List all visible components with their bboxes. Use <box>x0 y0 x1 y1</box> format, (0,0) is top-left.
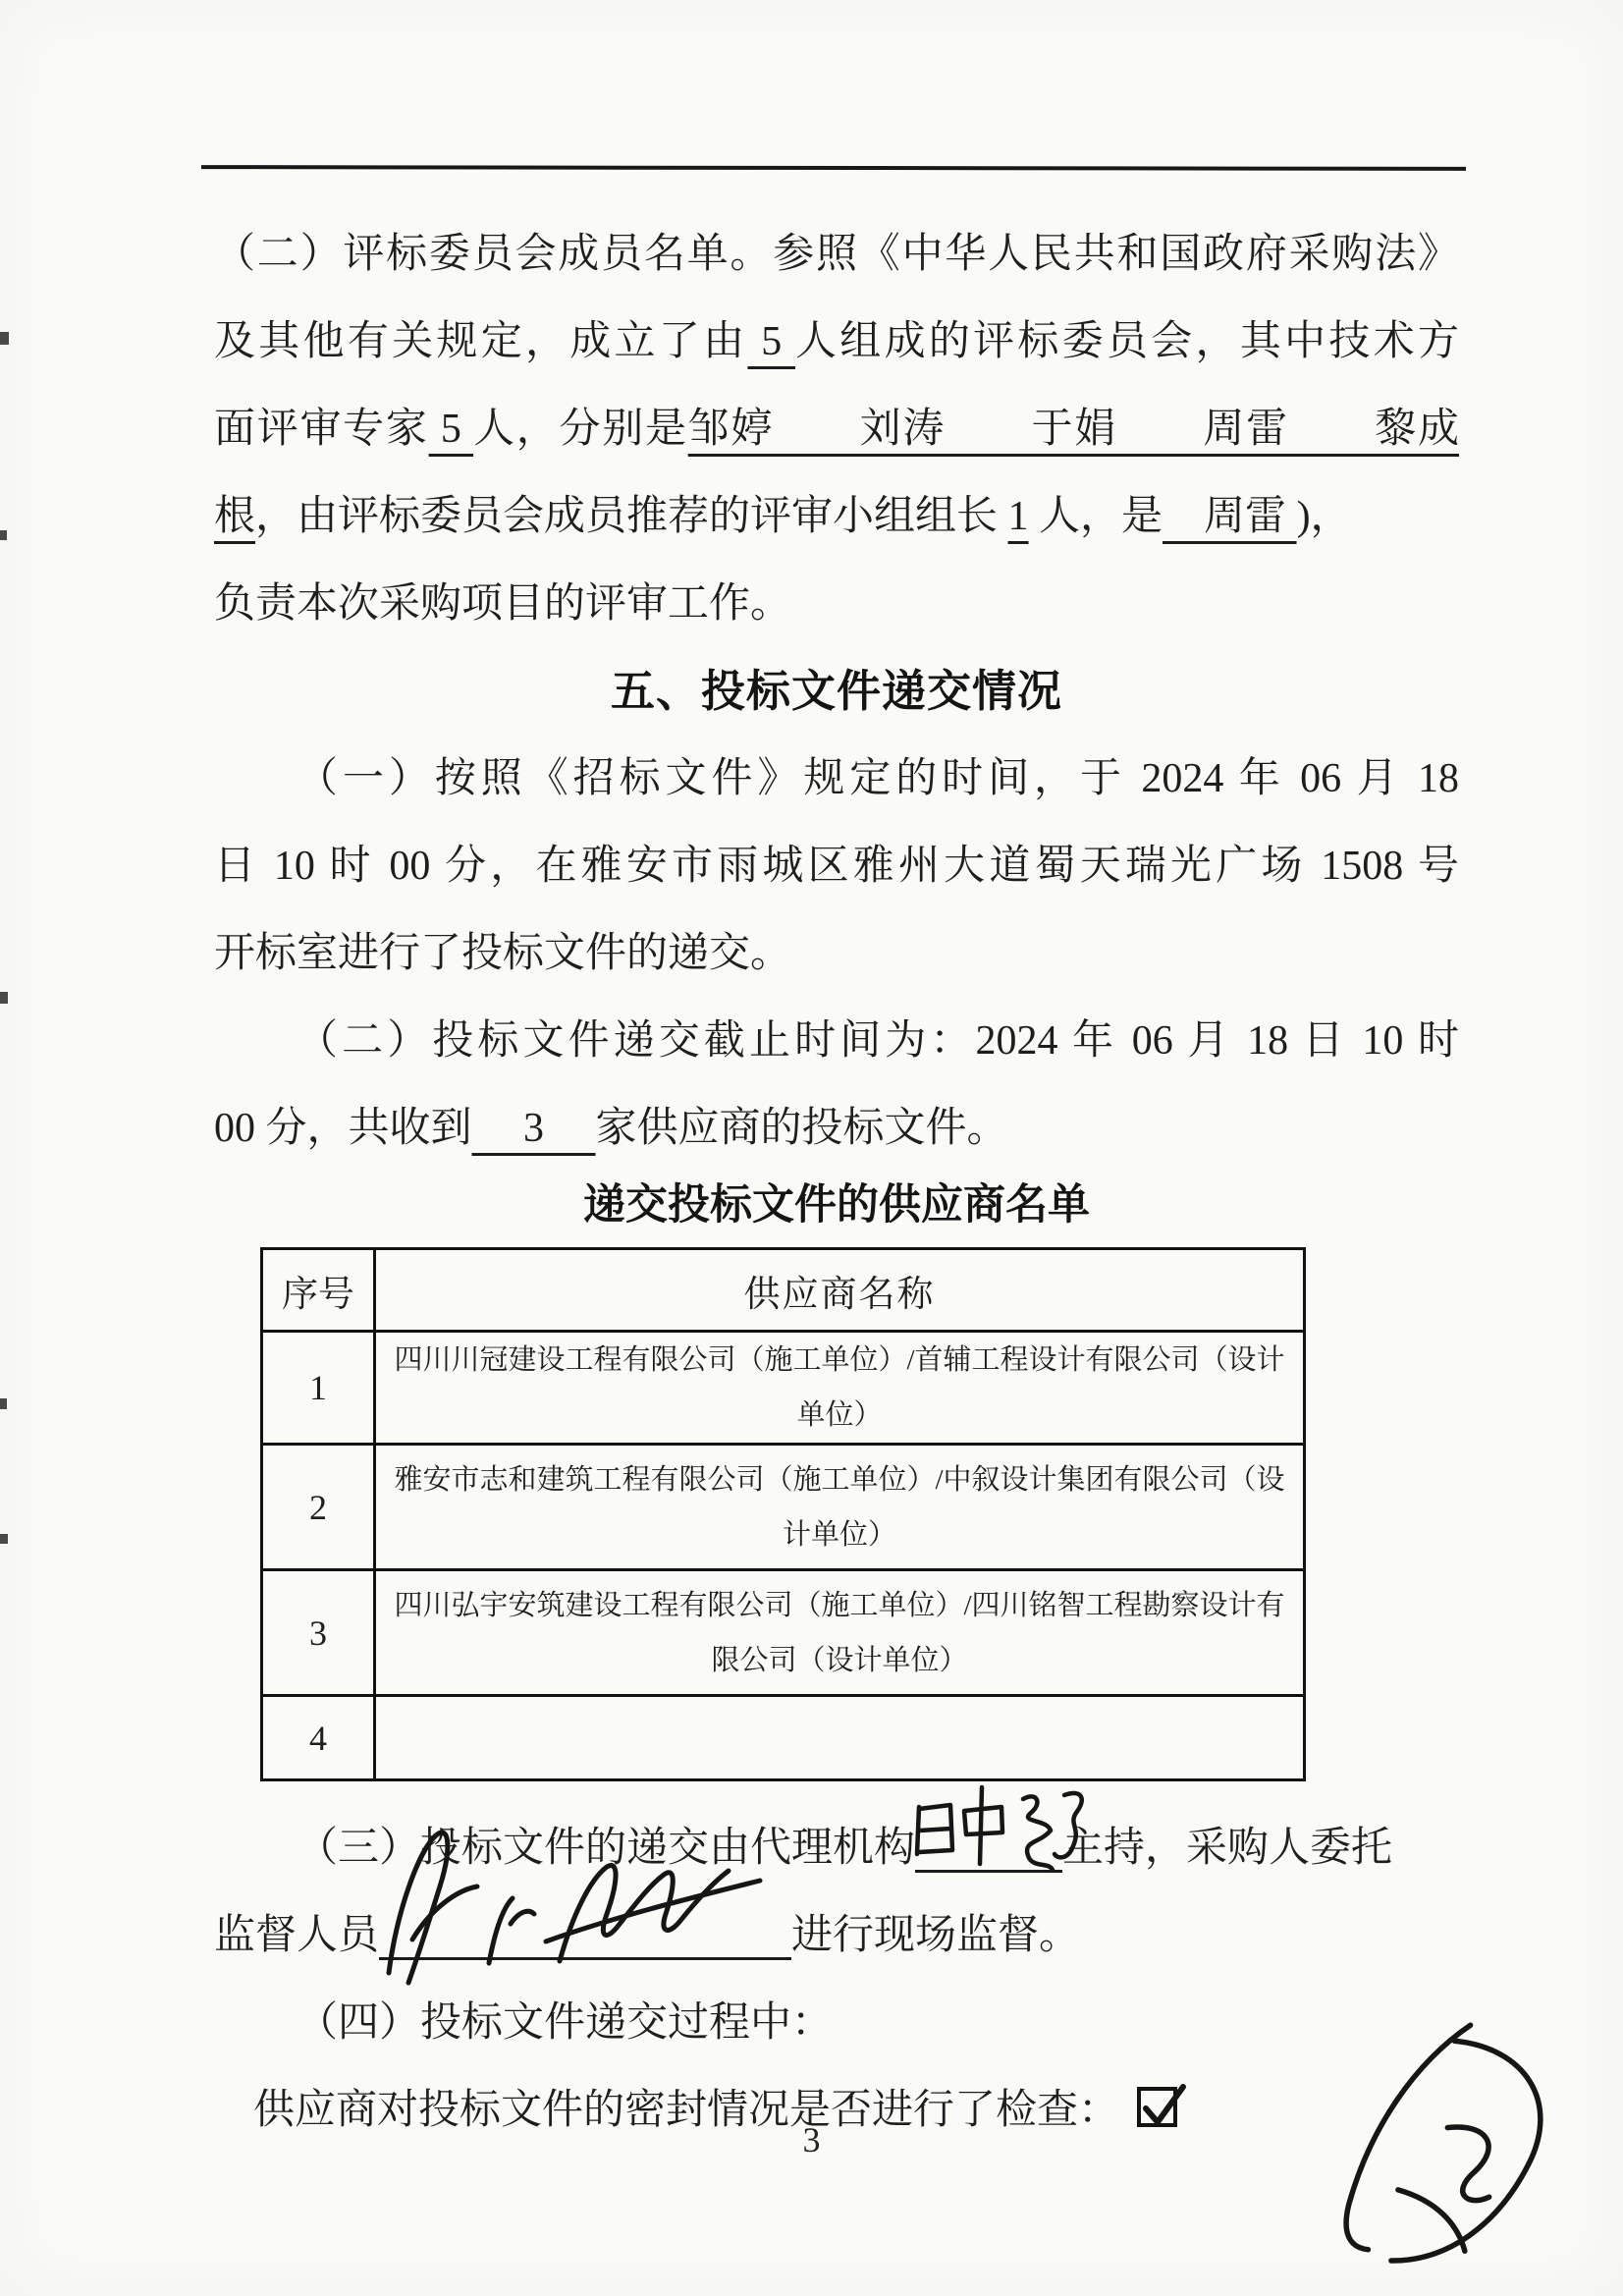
text-run: 人，分别是 <box>473 407 688 452</box>
text-run: 监督人员 <box>214 1913 379 1958</box>
supplier-table-title: 递交投标文件的供应商名单 <box>214 1176 1459 1235</box>
column-header-supplier-name: 供应商名称 <box>375 1249 1305 1332</box>
text-run: 人，是 <box>1029 494 1163 539</box>
committee-paragraph-line-2: 及其他有关规定，成立了由 5 人组成的评标委员会，其中技术方 <box>214 299 1459 386</box>
text-run: 00 分，共收到 <box>214 1106 472 1151</box>
table-header-row: 序号 供应商名称 <box>262 1249 1305 1332</box>
committee-paragraph-line-4: 根，由评标委员会成员推荐的评审小组组长 1 人，是 周雷 )， <box>214 473 1459 561</box>
filled-blank-tech-expert-count: 5 <box>429 407 473 452</box>
supplier-name: 四川川冠建设工程有限公司（施工单位）/首辅工程设计有限公司（设计单位） <box>375 1332 1305 1445</box>
table-row: 1 四川川冠建设工程有限公司（施工单位）/首辅工程设计有限公司（设计单位） <box>262 1332 1305 1445</box>
supervisor-signature-blank <box>379 1906 791 1960</box>
filled-blank-expert-names-cont: 根 <box>214 494 255 539</box>
row-number: 4 <box>262 1696 375 1780</box>
text-run: （一）按照《招标文件》规定的时间，于 2024 年 06 月 18 <box>297 756 1459 801</box>
table-row: 3 四川弘宇安筑建设工程有限公司（施工单位）/四川铭智工程勘察设计有限公司（设计… <box>262 1570 1305 1696</box>
table-row: 4 <box>262 1696 1305 1780</box>
submission-paragraph-1-line-3: 开标室进行了投标文件的递交。 <box>214 910 1459 998</box>
page-content: （二）评标委员会成员名单。参照《中华人民共和国政府采购法》 及其他有关规定，成立… <box>214 211 1459 2155</box>
text-run: （二）评标委员会成员名单。参照《中华人民共和国政府采购法》 <box>214 232 1459 277</box>
text-run: 负责本次采购项目的评审工作。 <box>214 581 791 627</box>
column-header-no: 序号 <box>262 1249 375 1332</box>
deadline-paragraph-line-2: 00 分，共收到 3 家供应商的投标文件。 <box>214 1085 1459 1173</box>
filled-blank-expert-count: 5 <box>747 319 795 364</box>
document-page: （二）评标委员会成员名单。参照《中华人民共和国政府采购法》 及其他有关规定，成立… <box>0 0 1623 2296</box>
scan-speck <box>0 1398 7 1409</box>
text-run: 面评审专家 <box>214 407 429 452</box>
section-heading: 五、投标文件递交情况 <box>214 648 1459 736</box>
row-number: 1 <box>262 1332 375 1445</box>
submission-paragraph-1-line-2: 日 10 时 00 分，在雅安市雨城区雅州大道蜀天瑞光广场 1508 号 <box>214 823 1459 910</box>
handwritten-agency-name <box>903 1758 1100 1890</box>
row-number: 2 <box>262 1445 375 1570</box>
supplier-name: 四川弘宇安筑建设工程有限公司（施工单位）/四川铭智工程勘察设计有限公司（设计单位… <box>375 1570 1305 1696</box>
text-run: 人组成的评标委员会，其中技术方 <box>795 319 1459 364</box>
text-run: 进行现场监督。 <box>791 1913 1080 1958</box>
text-run: 及其他有关规定，成立了由 <box>214 319 747 364</box>
committee-paragraph-line-1: （二）评标委员会成员名单。参照《中华人民共和国政府采购法》 <box>214 211 1459 299</box>
scan-speck <box>0 1534 8 1544</box>
filled-blank-leader-count: 1 <box>1008 494 1029 539</box>
agency-name-blank <box>915 1821 1062 1873</box>
supplier-table: 序号 供应商名称 1 四川川冠建设工程有限公司（施工单位）/首辅工程设计有限公司… <box>260 1247 1306 1781</box>
text-run: ，由评标委员会成员推荐的评审小组组长 <box>255 494 1008 539</box>
supplier-name <box>375 1696 1305 1780</box>
filled-blank-supplier-count: 3 <box>472 1106 596 1151</box>
supplier-name: 雅安市志和建筑工程有限公司（施工单位）/中叙设计集团有限公司（设计单位） <box>375 1445 1305 1570</box>
hosting-paragraph-line-2: 监督人员 进行现场监督。 <box>214 1892 1459 1980</box>
text-run: （四）投标文件递交过程中： <box>297 2000 833 2046</box>
text-run: 主持，采购人委托 <box>1062 1826 1392 1871</box>
submission-paragraph-1-line-1: （一）按照《招标文件》规定的时间，于 2024 年 06 月 18 <box>214 736 1459 823</box>
text-run: 日 10 时 00 分，在雅安市雨城区雅州大道蜀天瑞光广场 1508 号 <box>214 844 1459 889</box>
committee-paragraph-line-3: 面评审专家 5 人，分别是邹婷 刘涛 于娟 周雷 黎成 <box>214 386 1459 473</box>
handwritten-supervisor-signature <box>359 1786 831 1997</box>
text-run: )， <box>1297 494 1352 539</box>
deadline-paragraph-line-1: （二）投标文件递交截止时间为：2024 年 06 月 18 日 10 时 <box>214 998 1459 1085</box>
header-rule <box>201 165 1466 170</box>
scan-speck <box>0 332 9 345</box>
filled-blank-expert-names: 邹婷 刘涛 于娟 周雷 黎成 <box>688 407 1459 452</box>
row-number: 3 <box>262 1570 375 1696</box>
committee-paragraph-line-5: 负责本次采购项目的评审工作。 <box>214 561 1459 648</box>
text-run: 开标室进行了投标文件的递交。 <box>214 931 791 976</box>
text-run: 家供应商的投标文件。 <box>596 1106 1008 1151</box>
table-row: 2 雅安市志和建筑工程有限公司（施工单位）/中叙设计集团有限公司（设计单位） <box>262 1445 1305 1570</box>
scan-speck <box>0 530 7 540</box>
text-run: （二）投标文件递交截止时间为：2024 年 06 月 18 日 10 时 <box>297 1018 1459 1064</box>
filled-blank-leader-name: 周雷 <box>1163 494 1297 539</box>
page-number: 3 <box>0 2119 1623 2160</box>
scan-speck <box>0 992 8 1004</box>
